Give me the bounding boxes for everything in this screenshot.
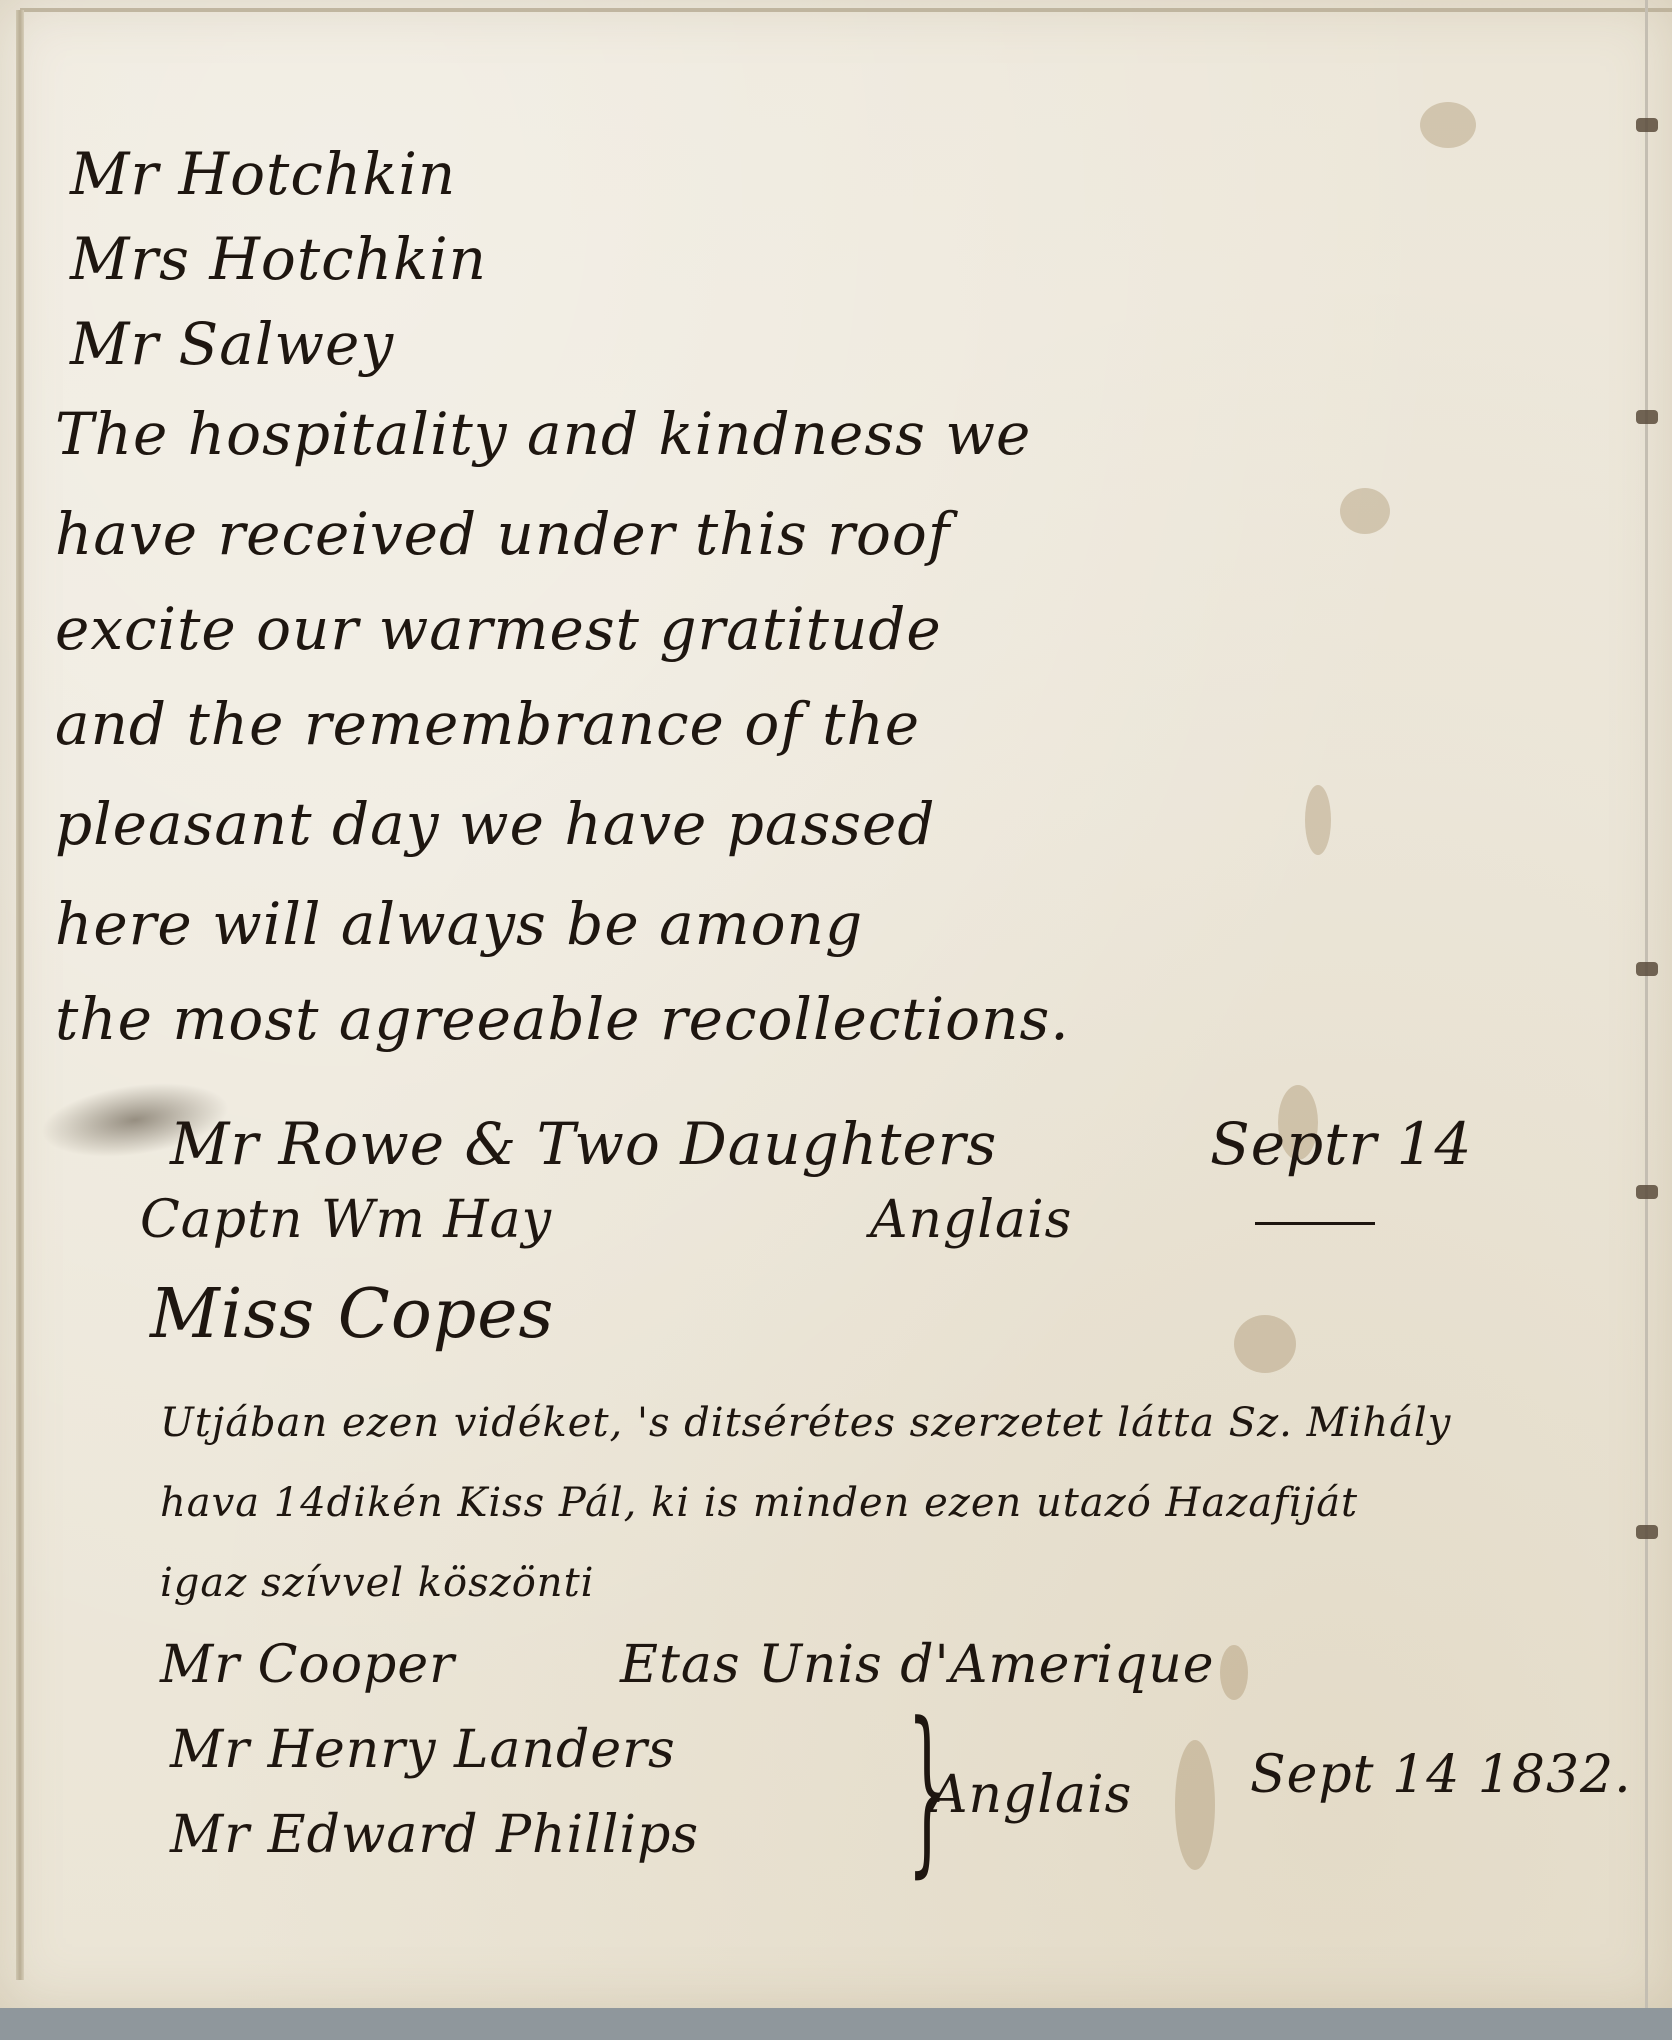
- cooper-entry-name: Mr Cooper: [160, 1635, 455, 1695]
- rowe-entry-name: Mr Rowe & Two Daughters: [170, 1110, 997, 1178]
- binding-hole: [1636, 410, 1658, 424]
- stain: [1305, 785, 1331, 855]
- group-entry-name: Mr Edward Phillips: [170, 1805, 699, 1865]
- rowe-entry-date: Septr 14: [1210, 1110, 1472, 1178]
- copes-entry-name: Miss Copes: [150, 1275, 554, 1354]
- message-line: and the remembrance of the: [55, 690, 920, 758]
- binding-hole: [1636, 1185, 1658, 1199]
- message-line: pleasant day we have passed: [55, 790, 936, 858]
- binding-line: [1645, 0, 1648, 2010]
- binding-hole: [1636, 962, 1658, 976]
- hungarian-line: hava 14dikén Kiss Pál, ki is minden ezen…: [160, 1480, 1358, 1526]
- message-line: The hospitality and kindness we: [55, 400, 1031, 468]
- entry-salwey: Mr Salwey: [70, 310, 394, 378]
- stain: [1234, 1315, 1296, 1373]
- message-line: excite our warmest gratitude: [55, 595, 942, 663]
- message-line: have received under this roof: [55, 500, 950, 568]
- dash-line: [1255, 1222, 1375, 1225]
- hungarian-line: Utjában ezen vidéket, 's ditsérétes szer…: [160, 1400, 1451, 1446]
- hay-entry-name: Captn Wm Hay: [140, 1190, 552, 1250]
- hay-entry-nationality: Anglais: [870, 1190, 1072, 1250]
- entry-hotchkin-mr: Mr Hotchkin: [70, 140, 456, 208]
- stain: [1420, 102, 1476, 148]
- stain: [1175, 1740, 1215, 1870]
- binding-hole: [1636, 1525, 1658, 1539]
- page-top-border: [20, 8, 1672, 12]
- hungarian-line: igaz szívvel köszönti: [160, 1560, 594, 1606]
- group-entry-nationality: Anglais: [930, 1765, 1132, 1825]
- group-entry-date: Sept 14 1832.: [1250, 1745, 1632, 1805]
- group-entry-name: Mr Henry Landers: [170, 1720, 676, 1780]
- entry-hotchkin-mrs: Mrs Hotchkin: [70, 225, 487, 293]
- message-line: here will always be among: [55, 890, 863, 958]
- binding-hole: [1636, 118, 1658, 132]
- page-left-border: [16, 10, 24, 1980]
- stain: [1220, 1645, 1248, 1700]
- stain: [1340, 488, 1390, 534]
- background-surface: [0, 2008, 1672, 2040]
- message-line: the most agreeable recollections.: [55, 985, 1070, 1053]
- manuscript-page: Mr Hotchkin Mrs Hotchkin Mr Salwey The h…: [0, 0, 1672, 2010]
